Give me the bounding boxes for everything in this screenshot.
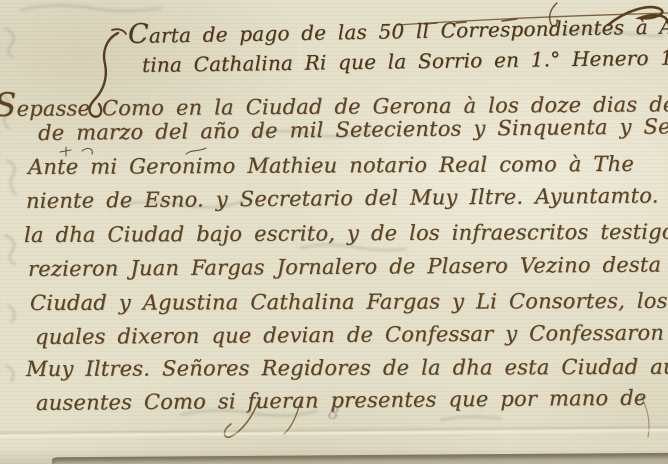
manuscript-line-7: la dha Ciudad bajo escrito, y de los inf… bbox=[24, 219, 668, 247]
manuscript-line-11: Muy Iltres. Señores Regidores de la dha … bbox=[26, 355, 668, 381]
manuscript-line-6: niente de Esno. y Secretario del Muy Ilt… bbox=[26, 183, 668, 213]
manuscript-line-5: Ante mi Geronimo Mathieu notario Real co… bbox=[28, 152, 634, 179]
manuscript-line-10: quales dixeron que devian de Confessar y… bbox=[35, 320, 668, 349]
pencil-numeral: 8 bbox=[327, 403, 341, 424]
manuscript-line-12: ausentes Como si fueran presentes que po… bbox=[36, 386, 647, 415]
manuscript-page: Carta de pago de las 50 ll Correspondien… bbox=[0, 0, 668, 464]
manuscript-line-1: Carta de pago de las 50 ll Correspondien… bbox=[128, 9, 668, 50]
manuscript-line-9: Ciudad y Agustina Cathalina Fargas y Li … bbox=[30, 289, 668, 315]
manuscript-line-2: tina Cathalina Ri que la Sorrio en 1.° H… bbox=[142, 45, 668, 77]
fold-crease bbox=[0, 424, 668, 439]
manuscript-line-8: rezieron Juan Fargas Jornalero de Plaser… bbox=[28, 253, 661, 281]
